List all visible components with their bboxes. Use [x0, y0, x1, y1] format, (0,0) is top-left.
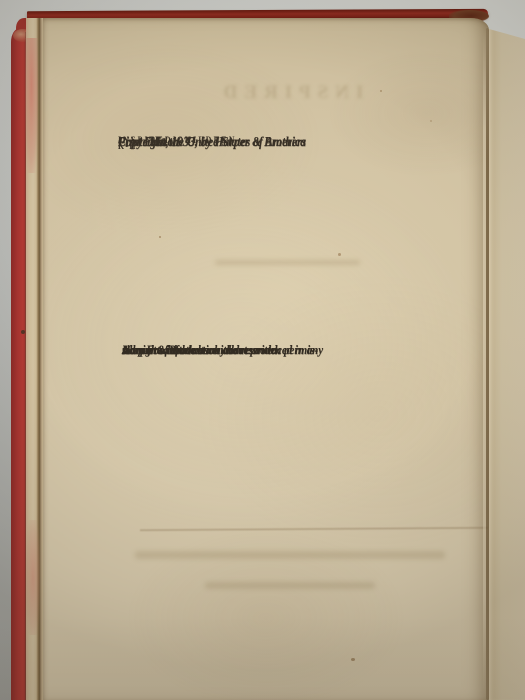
facing-page: [489, 24, 525, 700]
showthrough-text-smudge: [205, 582, 375, 589]
foxing-spot: [159, 236, 161, 238]
showthrough-title-text: INSPIRED: [90, 82, 490, 104]
pink-stain-bottom: [26, 520, 40, 635]
book-spine: [11, 28, 26, 700]
printer-key-line: K-H: [118, 141, 137, 151]
book-photo: INSPIRED INSPIRED CHILDREN Copyright, 19…: [0, 0, 525, 700]
foxing-spot: [21, 330, 25, 334]
paper-texture-overlay: [43, 18, 489, 700]
foxing-spot: [380, 90, 382, 92]
pink-stain-top: [25, 38, 38, 173]
foxing-spot: [351, 658, 355, 661]
rights-line: Harper & Brothers.: [122, 344, 211, 356]
foxing-spot: [430, 120, 432, 122]
foxing-spot: [338, 253, 341, 256]
showthrough-text-smudge: [215, 260, 360, 265]
showthrough-text-smudge: [135, 551, 445, 559]
gutter-shadow: [486, 28, 489, 700]
